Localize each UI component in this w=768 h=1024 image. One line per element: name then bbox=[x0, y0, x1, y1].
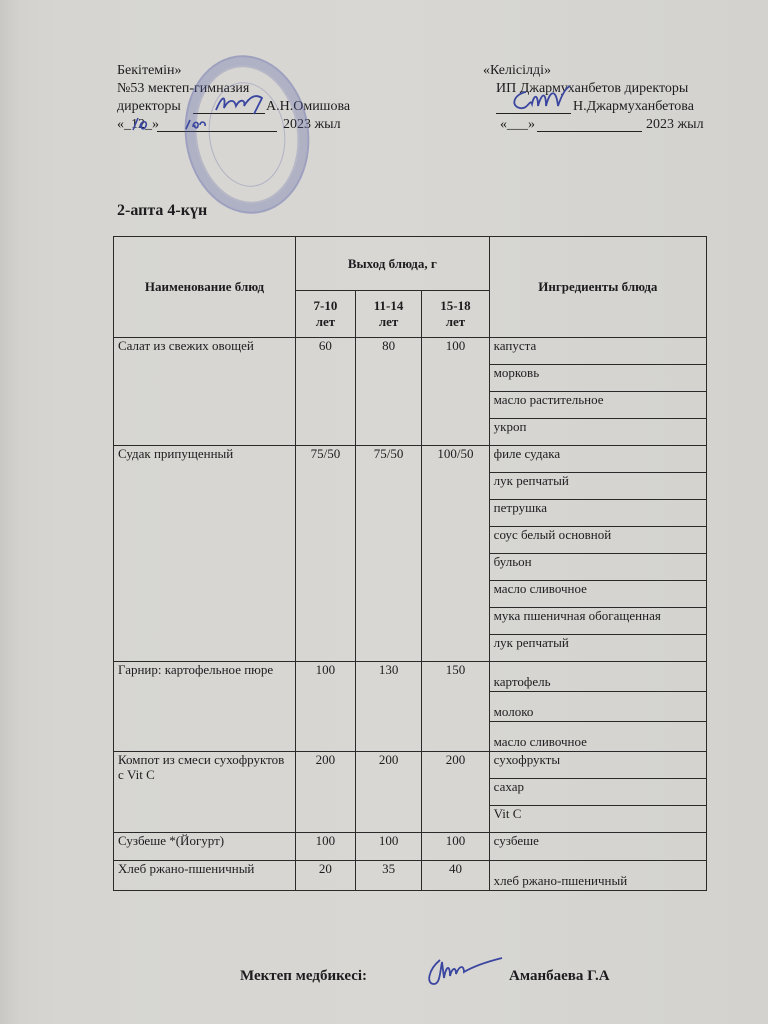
ingredient-cell: масло сливочное bbox=[489, 722, 706, 752]
ingredient-cell: капуста bbox=[489, 338, 706, 365]
portion-cell: 200 bbox=[422, 752, 489, 833]
dish-name-cell: Салат из свежих овощей bbox=[114, 338, 296, 446]
ingredient-cell: бульон bbox=[489, 554, 706, 581]
portion-cell: 75/50 bbox=[355, 446, 421, 662]
portion-cell: 100 bbox=[355, 833, 421, 861]
header-output: Выход блюда, г bbox=[295, 237, 489, 291]
ingredient-cell: мука пшеничная обогащенная bbox=[489, 608, 706, 635]
ingredient-cell: лук репчатый bbox=[489, 473, 706, 500]
dish-name-cell: Хлеб ржано-пшеничный bbox=[114, 861, 296, 891]
portion-cell: 100 bbox=[422, 338, 489, 446]
ingredient-cell: масло растительное bbox=[489, 392, 706, 419]
ingredient-cell: морковь bbox=[489, 365, 706, 392]
approval-right-director-name: Н.Джармуханбетова bbox=[573, 98, 694, 115]
approval-left-director-label: директоры bbox=[117, 98, 181, 115]
table-header-row: Наименование блюд Выход блюда, г Ингреди… bbox=[114, 237, 707, 291]
ingredient-cell: петрушка bbox=[489, 500, 706, 527]
ingredient-cell: Vit C bbox=[489, 806, 706, 833]
header-age-7-10: 7-10лет bbox=[295, 291, 355, 338]
portion-cell: 35 bbox=[355, 861, 421, 891]
handwritten-day bbox=[130, 116, 152, 132]
portion-cell: 130 bbox=[355, 662, 421, 752]
portion-cell: 100 bbox=[295, 662, 355, 752]
portion-cell: 100 bbox=[295, 833, 355, 861]
ingredient-cell: масло сливочное bbox=[489, 581, 706, 608]
footer-nurse-label: Мектеп медбикесі: bbox=[240, 968, 367, 985]
portion-cell: 20 bbox=[295, 861, 355, 891]
approval-right-line1: «Келісілді» bbox=[483, 62, 551, 79]
director-signature-left bbox=[212, 92, 268, 116]
director-signature-right bbox=[508, 84, 572, 114]
portion-cell: 75/50 bbox=[295, 446, 355, 662]
table-row: Сузбеше *(Йогурт)100100100сузбеше bbox=[114, 833, 707, 861]
portion-cell: 100 bbox=[422, 833, 489, 861]
ingredient-cell: сухофрукты bbox=[489, 752, 706, 779]
approval-right-date-year: 2023 жыл bbox=[646, 116, 704, 133]
portion-cell: 200 bbox=[355, 752, 421, 833]
dish-name-cell: Судак припущенный bbox=[114, 446, 296, 662]
footer-nurse-name: Аманбаева Г.А bbox=[509, 968, 610, 985]
ingredient-cell: молоко bbox=[489, 692, 706, 722]
table-row: Гарнир: картофельное пюре100130150картоф… bbox=[114, 662, 707, 692]
ingredient-cell: укроп bbox=[489, 419, 706, 446]
ingredient-cell: сузбеше bbox=[489, 833, 706, 861]
nurse-signature bbox=[424, 954, 504, 988]
ingredient-cell: хлеб ржано-пшеничный bbox=[489, 861, 706, 891]
dish-name-cell: Гарнир: картофельное пюре bbox=[114, 662, 296, 752]
ingredient-cell: картофель bbox=[489, 662, 706, 692]
table-row: Компот из смеси сухофруктов с Vit C20020… bbox=[114, 752, 707, 779]
ingredient-cell: соус белый основной bbox=[489, 527, 706, 554]
portion-cell: 60 bbox=[295, 338, 355, 446]
header-age-11-14: 11-14лет bbox=[355, 291, 421, 338]
portion-cell: 40 bbox=[422, 861, 489, 891]
table-row: Хлеб ржано-пшеничный203540хлеб ржано-пше… bbox=[114, 861, 707, 891]
portion-cell: 150 bbox=[422, 662, 489, 752]
header-ingredients: Ингредиенты блюда bbox=[489, 237, 706, 338]
table-row: Салат из свежих овощей6080100капуста bbox=[114, 338, 707, 365]
ingredient-cell: лук репчатый bbox=[489, 635, 706, 662]
approval-right-date-day: «___» bbox=[500, 116, 535, 133]
dish-name-cell: Компот из смеси сухофруктов с Vit C bbox=[114, 752, 296, 833]
header-age-15-18: 15-18лет bbox=[422, 291, 489, 338]
portion-cell: 200 bbox=[295, 752, 355, 833]
ingredient-cell: сахар bbox=[489, 779, 706, 806]
menu-table: Наименование блюд Выход блюда, г Ингреди… bbox=[113, 236, 707, 891]
portion-cell: 80 bbox=[355, 338, 421, 446]
handwritten-month bbox=[184, 117, 208, 131]
document-title: 2-апта 4-күн bbox=[117, 202, 207, 220]
ingredient-cell: филе судака bbox=[489, 446, 706, 473]
dish-name-cell: Сузбеше *(Йогурт) bbox=[114, 833, 296, 861]
portion-cell: 100/50 bbox=[422, 446, 489, 662]
date-line-right bbox=[537, 131, 642, 132]
header-dish-name: Наименование блюд bbox=[114, 237, 296, 338]
approval-left-line1: Бекітемін» bbox=[117, 62, 182, 79]
official-stamp bbox=[175, 47, 320, 222]
table-row: Судак припущенный75/5075/50100/50филе су… bbox=[114, 446, 707, 473]
